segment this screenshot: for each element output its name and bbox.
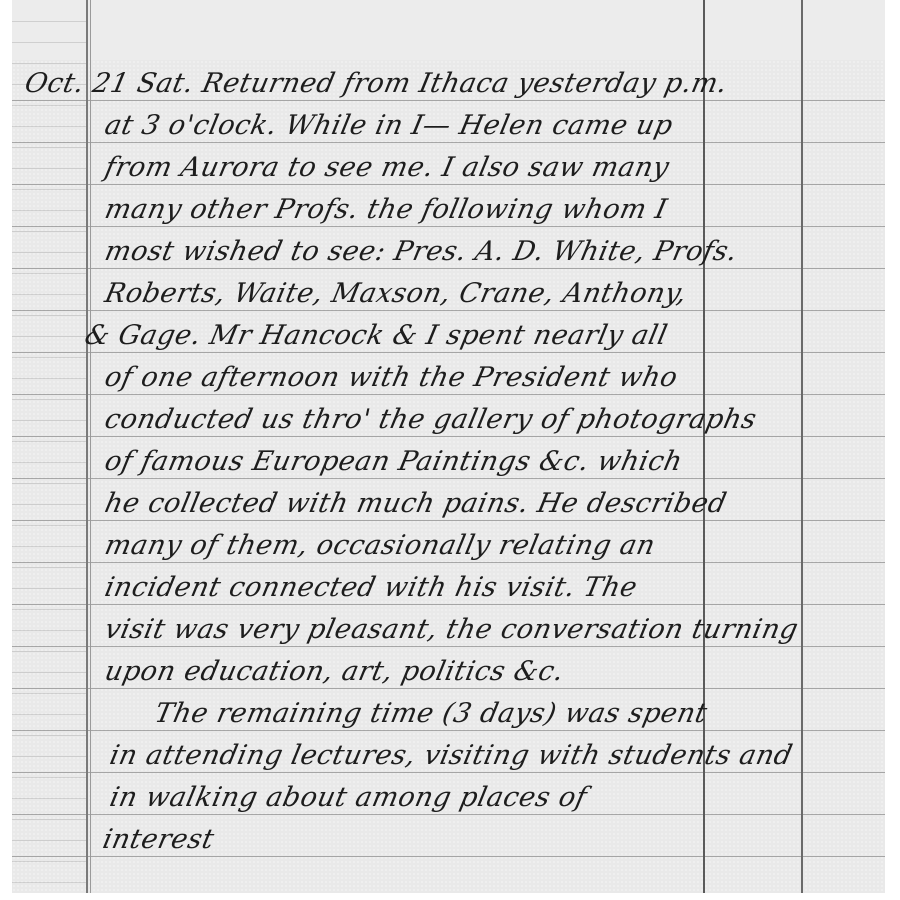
text-line: visit was very pleasant, the conversatio… [102, 614, 801, 645]
text-line: of one afternoon with the President who [102, 362, 681, 393]
text-line: at 3 o'clock. While in I— Helen came up [102, 110, 676, 141]
text-line: conducted us thro' the gallery of photog… [102, 404, 759, 435]
text-line: of famous European Paintings &c. which [102, 446, 685, 477]
text-line: in attending lectures, visiting with stu… [107, 740, 795, 771]
text-line: upon education, art, politics &c. [102, 656, 567, 687]
text-line: in walking about among places of [107, 782, 590, 813]
text-line: he collected with much pains. He describ… [102, 488, 729, 519]
handwritten-entry: Oct. 21 Sat. Returned from Ithaca yester… [12, 0, 885, 893]
text-line: most wished to see: Pres. A. D. White, P… [102, 236, 740, 267]
text-line: many of them, occasionally relating an [102, 530, 658, 561]
text-line: Roberts, Waite, Maxson, Crane, Anthony, [102, 278, 690, 309]
text-line: & Gage. Mr Hancock & I spent nearly all [82, 320, 670, 351]
text-line: many other Profs. the following whom I [102, 194, 670, 225]
text-line: interest [100, 824, 217, 855]
journal-page: Oct. 21 Sat. Returned from Ithaca yester… [12, 0, 885, 893]
page-bottom-edge [12, 893, 885, 900]
text-line: The remaining time (3 days) was spent [152, 698, 710, 729]
text-line: Oct. 21 Sat. Returned from Ithaca yester… [22, 68, 730, 99]
text-line: from Aurora to see me. I also saw many [102, 152, 672, 183]
text-line: incident connected with his visit. The [102, 572, 640, 603]
